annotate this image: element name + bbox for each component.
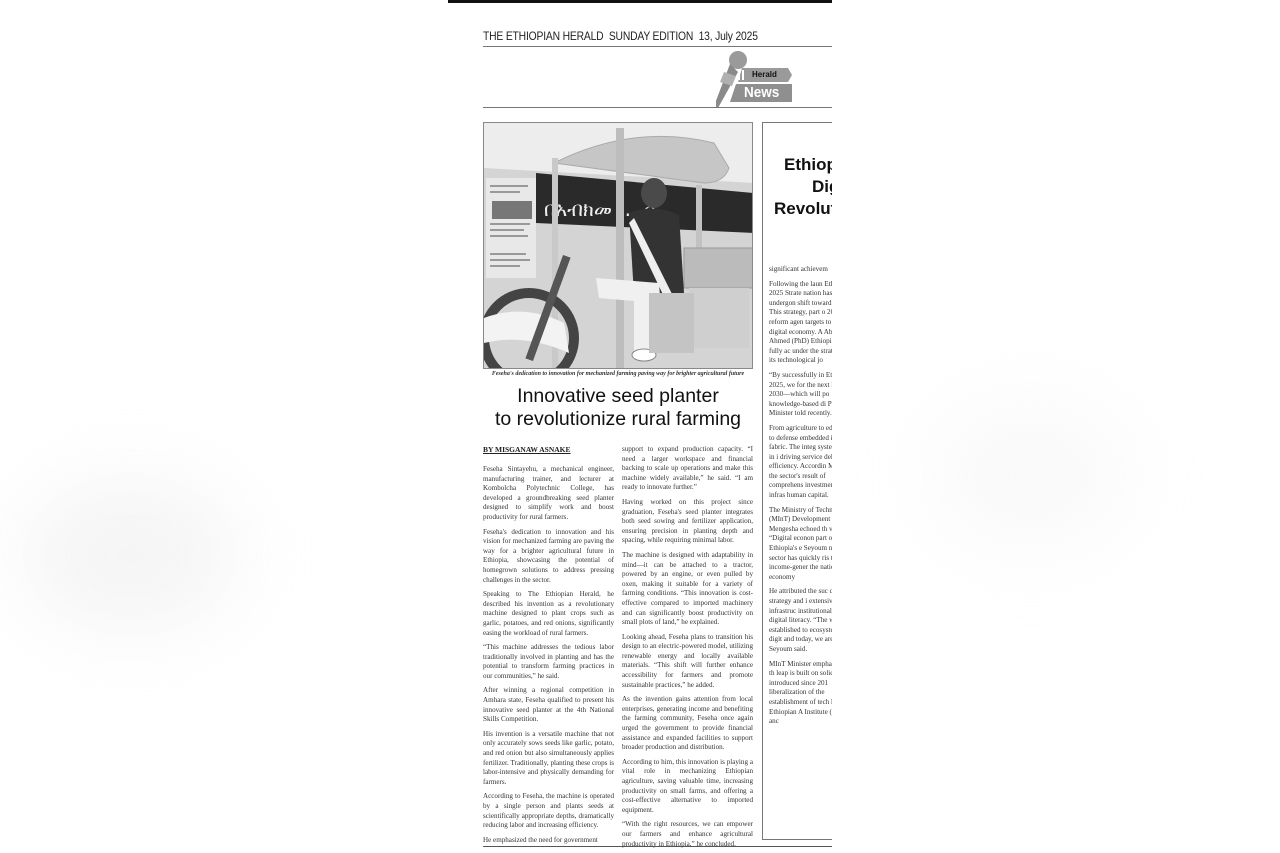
publication-name: THE ETHIOPIAN HERALD (483, 29, 603, 43)
side-title-line: Dig (766, 176, 832, 198)
paragraph: “By successfully in Ethiopia 2025, we fo… (769, 371, 832, 419)
header-rule (483, 107, 832, 108)
paragraph: The Ministry of Technology (MInT) Develo… (769, 506, 832, 583)
article-headline: Innovative seed planter to revolutionize… (483, 385, 753, 431)
side-title-line: Ethiop (766, 154, 832, 176)
footer-rule (483, 846, 832, 847)
paragraph: significant achievem (769, 265, 832, 275)
issue-date: 13, July 2025 (699, 29, 758, 43)
paragraph: support to expand production capacity. “… (622, 445, 753, 493)
paragraph: Speaking to The Ethiopian Herald, he des… (483, 590, 614, 638)
article-photo: በአብክመ ... ሰ... (483, 122, 753, 369)
logo-news-label: News (744, 84, 779, 101)
paragraph: MInT Minister emphasized that th leap is… (769, 660, 832, 727)
paragraph: As the invention gains attention from lo… (622, 695, 753, 753)
paragraph: Looking ahead, Feseha plans to transitio… (622, 633, 753, 691)
side-title-line: Revolut (766, 198, 832, 220)
paragraph: His invention is a versatile machine tha… (483, 730, 614, 788)
side-article-title: Ethiop Dig Revolut (766, 154, 832, 220)
newspaper-page: THE ETHIOPIAN HERALD SUNDAY EDITION 13, … (448, 0, 832, 853)
paragraph: “This machine addresses the tedious labo… (483, 643, 614, 681)
edition-label: SUNDAY EDITION (609, 29, 693, 43)
paragraph: He attributed the suc digital strategy a… (769, 587, 832, 654)
paragraph: Feseha Sintayehu, a mechanical engineer,… (483, 465, 614, 523)
background-shadow (20, 480, 240, 630)
byline: BY MISGANAW ASNAKE (483, 445, 571, 454)
article-column-2: support to expand production capacity. “… (622, 445, 753, 853)
side-article-column: significant achievem Following the laun … (769, 265, 832, 732)
background-shadow (930, 400, 1130, 550)
paragraph: After winning a regional competition in … (483, 686, 614, 724)
headline-line-1: Innovative seed planter (483, 385, 753, 408)
paragraph: Following the laun Ethiopia 2025 Strate … (769, 280, 832, 366)
seed-planter-photo: በአብክመ ... ሰ... (484, 123, 753, 369)
paragraph: According to him, this innovation is pla… (622, 758, 753, 816)
paragraph: Having worked on this project since grad… (622, 498, 753, 546)
logo-herald-label: Herald (752, 70, 777, 79)
masthead-rule (483, 46, 832, 47)
article-column-1: Feseha Sintayehu, a mechanical engineer,… (483, 465, 614, 850)
headline-line-2: to revolutionize rural farming (483, 408, 753, 431)
paragraph: He emphasized the need for government (483, 836, 614, 846)
paragraph: “With the right resources, we can empowe… (622, 820, 753, 849)
top-border (448, 0, 832, 3)
herald-news-logo: Herald News (716, 50, 796, 108)
paragraph: From agriculture to education to defense… (769, 424, 832, 501)
paragraph: According to Feseha, the machine is oper… (483, 792, 614, 830)
masthead: THE ETHIOPIAN HERALD SUNDAY EDITION 13, … (483, 29, 758, 43)
paragraph: Feseha's dedication to innovation and hi… (483, 528, 614, 586)
photo-caption: Feseha's dedication to innovation for me… (483, 371, 753, 377)
paragraph: The machine is designed with adaptabilit… (622, 551, 753, 628)
